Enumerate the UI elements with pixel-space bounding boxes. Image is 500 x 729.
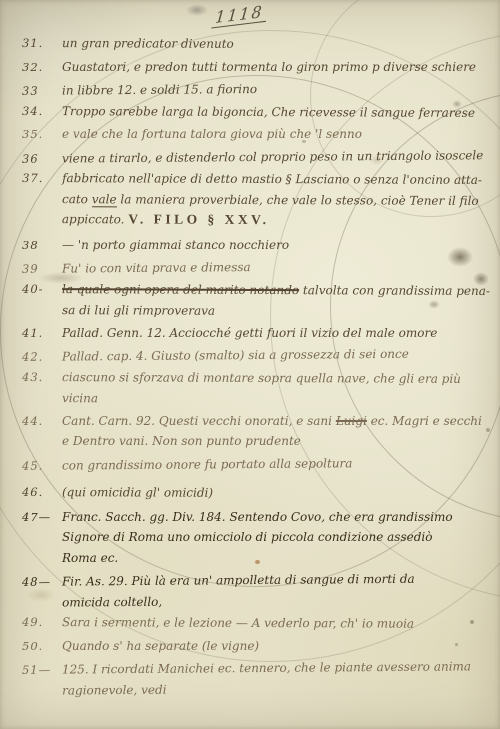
entry-line: cato vale la maniera proverbiale, che va…	[62, 189, 498, 211]
entry-lines: Guastatori, e predon tutti tormenta lo g…	[62, 57, 498, 78]
entry: 39 Fu' io con vita prava e dimessa	[22, 255, 498, 279]
entry-line: omicida coltello,	[62, 589, 498, 613]
page-number: 1118	[211, 1, 267, 28]
entry-number: 46.	[22, 482, 62, 503]
entry-number: 32.	[22, 57, 62, 78]
entry: 32. Guastatori, e predon tutti tormenta …	[22, 57, 498, 78]
entry: 51— 125. I ricordati Manichei ec. tenner…	[22, 656, 498, 701]
entry-line: ragionevole, vedi	[62, 677, 498, 701]
entry-number: 50.	[22, 636, 62, 657]
entry-lines: Fu' io con vita prava e dimessa	[62, 255, 498, 279]
entry-line: — 'n porto giammai stanco nocchiero	[62, 235, 498, 256]
entries: 31. un gran predicator divenuto 32. Guas…	[22, 34, 498, 701]
entry-line: con grandissimo onore fu portato alla se…	[62, 452, 498, 476]
entry-line: e Dentro vani. Non son punto prudente	[62, 431, 498, 452]
entry-lines: la quale ogni opera del marito notando t…	[62, 279, 498, 322]
entry-line: vicina	[62, 387, 498, 409]
entry-line: appiccato. V. FILO § XXV.	[62, 209, 498, 231]
entry-number: 35.	[22, 124, 62, 145]
entry: 49. Sara i sermenti, e le lezione — A ve…	[22, 612, 498, 635]
entry-number: 43.	[22, 366, 62, 387]
entry: 50. Quando s' ha separate (le vigne)	[22, 636, 498, 657]
entry-line: sa di lui gli rimproverava	[62, 299, 498, 321]
entry-lines: un gran predicator divenuto	[62, 33, 498, 55]
entry-number: 31.	[22, 33, 62, 54]
entry-lines: (qui omicidia gl' omicidi)	[62, 482, 498, 504]
entry-line: Troppo sarebbe larga la bigoncia, Che ri…	[62, 101, 498, 123]
entry: 31. un gran predicator divenuto	[22, 33, 498, 56]
entry-lines: viene a tirarlo, e distenderlo col propr…	[62, 145, 498, 169]
entry-lines: Cant. Carn. 92. Questi vecchi onorati, e…	[62, 411, 498, 452]
entry: 45. con grandissimo onore fu portato all…	[22, 452, 498, 476]
entry-line: (qui omicidia gl' omicidi)	[62, 482, 498, 504]
entry-line: Pallad. Genn. 12. Acciocché getti fuori …	[62, 323, 498, 344]
entry: 41. Pallad. Genn. 12. Acciocché getti fu…	[22, 323, 498, 344]
entry-lines: Franc. Sacch. gg. Div. 184. Sentendo Cov…	[62, 507, 498, 569]
entry-lines: in libbre 12. e soldi 15. a fiorino	[62, 77, 498, 101]
entry-number: 38	[22, 235, 62, 256]
entry-lines: Sara i sermenti, e le lezione — A vederl…	[62, 612, 498, 634]
entry: 43. ciascuno si sforzava di montare sopr…	[22, 366, 498, 409]
ink-stain	[186, 4, 208, 16]
entry-line: Franc. Sacch. gg. Div. 184. Sentendo Cov…	[62, 507, 498, 528]
entry-line: 125. I ricordati Manichei ec. tennero, c…	[62, 656, 498, 680]
entry-number: 51—	[22, 660, 62, 681]
entry-line: Fu' io con vita prava e dimessa	[62, 255, 498, 279]
entry-number: 34.	[22, 100, 62, 121]
entry-lines: fabbricato nell'apice di detto mastio § …	[62, 168, 498, 231]
manuscript-page: 1118 31. un gran predicator divenuto 32.…	[0, 0, 500, 729]
entry-lines: e vale che la fortuna talora giova più c…	[62, 124, 498, 145]
entry-line: Cant. Carn. 92. Questi vecchi onorati, e…	[62, 411, 498, 432]
entry: 44. Cant. Carn. 92. Questi vecchi onorat…	[22, 411, 498, 452]
entry-line: Signore di Roma uno omicciolo di piccola…	[62, 527, 498, 548]
entry: 35. e vale che la fortuna talora giova p…	[22, 124, 498, 145]
entry: 34. Troppo sarebbe larga la bigoncia, Ch…	[22, 100, 498, 123]
entry: 46. (qui omicidia gl' omicidi)	[22, 482, 498, 505]
entry-number: 33	[22, 81, 62, 102]
entry-lines: 125. I ricordati Manichei ec. tennero, c…	[62, 656, 498, 700]
entry-number: 40-	[22, 278, 62, 299]
entry: 38 — 'n porto giammai stanco nocchiero	[22, 235, 498, 256]
entry-number: 36	[22, 148, 62, 169]
entry-lines: Fir. As. 29. Più là era un' ampolletta d…	[62, 568, 498, 612]
entry-line: viene a tirarlo, e distenderlo col propr…	[62, 145, 498, 169]
entry-line: Sara i sermenti, e le lezione — A vederl…	[62, 612, 498, 634]
entry-number: 42.	[22, 347, 62, 368]
entry-line: e vale che la fortuna talora giova più c…	[62, 124, 498, 145]
entry: 40- la quale ogni opera del marito notan…	[22, 278, 498, 321]
entry: 37. fabbricato nell'apice di detto masti…	[22, 168, 498, 232]
entry-lines: ciascuno si sforzava di montare sopra qu…	[62, 367, 498, 410]
entry: 48— Fir. As. 29. Più là era un' ampollet…	[22, 568, 498, 613]
entry-lines: — 'n porto giammai stanco nocchiero	[62, 235, 498, 256]
entry-lines: Pallad. cap. 4. Giusto (smalto) sia a gr…	[62, 343, 498, 367]
entry-line: Guastatori, e predon tutti tormenta lo g…	[62, 57, 498, 78]
entry-number: 44.	[22, 411, 62, 432]
entry-number: 37.	[22, 168, 62, 189]
entry-line: Quando s' ha separate (le vigne)	[62, 636, 498, 657]
entry: 47— Franc. Sacch. gg. Div. 184. Sentendo…	[22, 507, 498, 569]
entry-line: ciascuno si sforzava di montare sopra qu…	[62, 367, 498, 389]
entry-lines: Quando s' ha separate (le vigne)	[62, 636, 498, 657]
entry-number: 49.	[22, 612, 62, 633]
entry-number: 47—	[22, 507, 62, 528]
entry-line: fabbricato nell'apice di detto mastio § …	[62, 168, 498, 190]
entry: 33 in libbre 12. e soldi 15. a fiorino	[22, 77, 498, 101]
entry: 42. Pallad. cap. 4. Giusto (smalto) sia …	[22, 343, 498, 367]
entry-number: 39	[22, 259, 62, 280]
entry-number: 48—	[22, 572, 62, 593]
entry-lines: Troppo sarebbe larga la bigoncia, Che ri…	[62, 101, 498, 123]
entry-lines: Pallad. Genn. 12. Acciocché getti fuori …	[62, 323, 498, 344]
entry-line: la quale ogni opera del marito notando t…	[62, 279, 498, 301]
entry-line: un gran predicator divenuto	[62, 33, 498, 55]
entry-line: in libbre 12. e soldi 15. a fiorino	[62, 77, 498, 101]
entry-line: Roma ec.	[62, 548, 498, 569]
entry-line: Pallad. cap. 4. Giusto (smalto) sia a gr…	[62, 343, 498, 367]
entry: 36 viene a tirarlo, e distenderlo col pr…	[22, 145, 498, 169]
entry-number: 45.	[22, 455, 62, 476]
entry-number: 41.	[22, 323, 62, 344]
entry-lines: con grandissimo onore fu portato alla se…	[62, 452, 498, 476]
